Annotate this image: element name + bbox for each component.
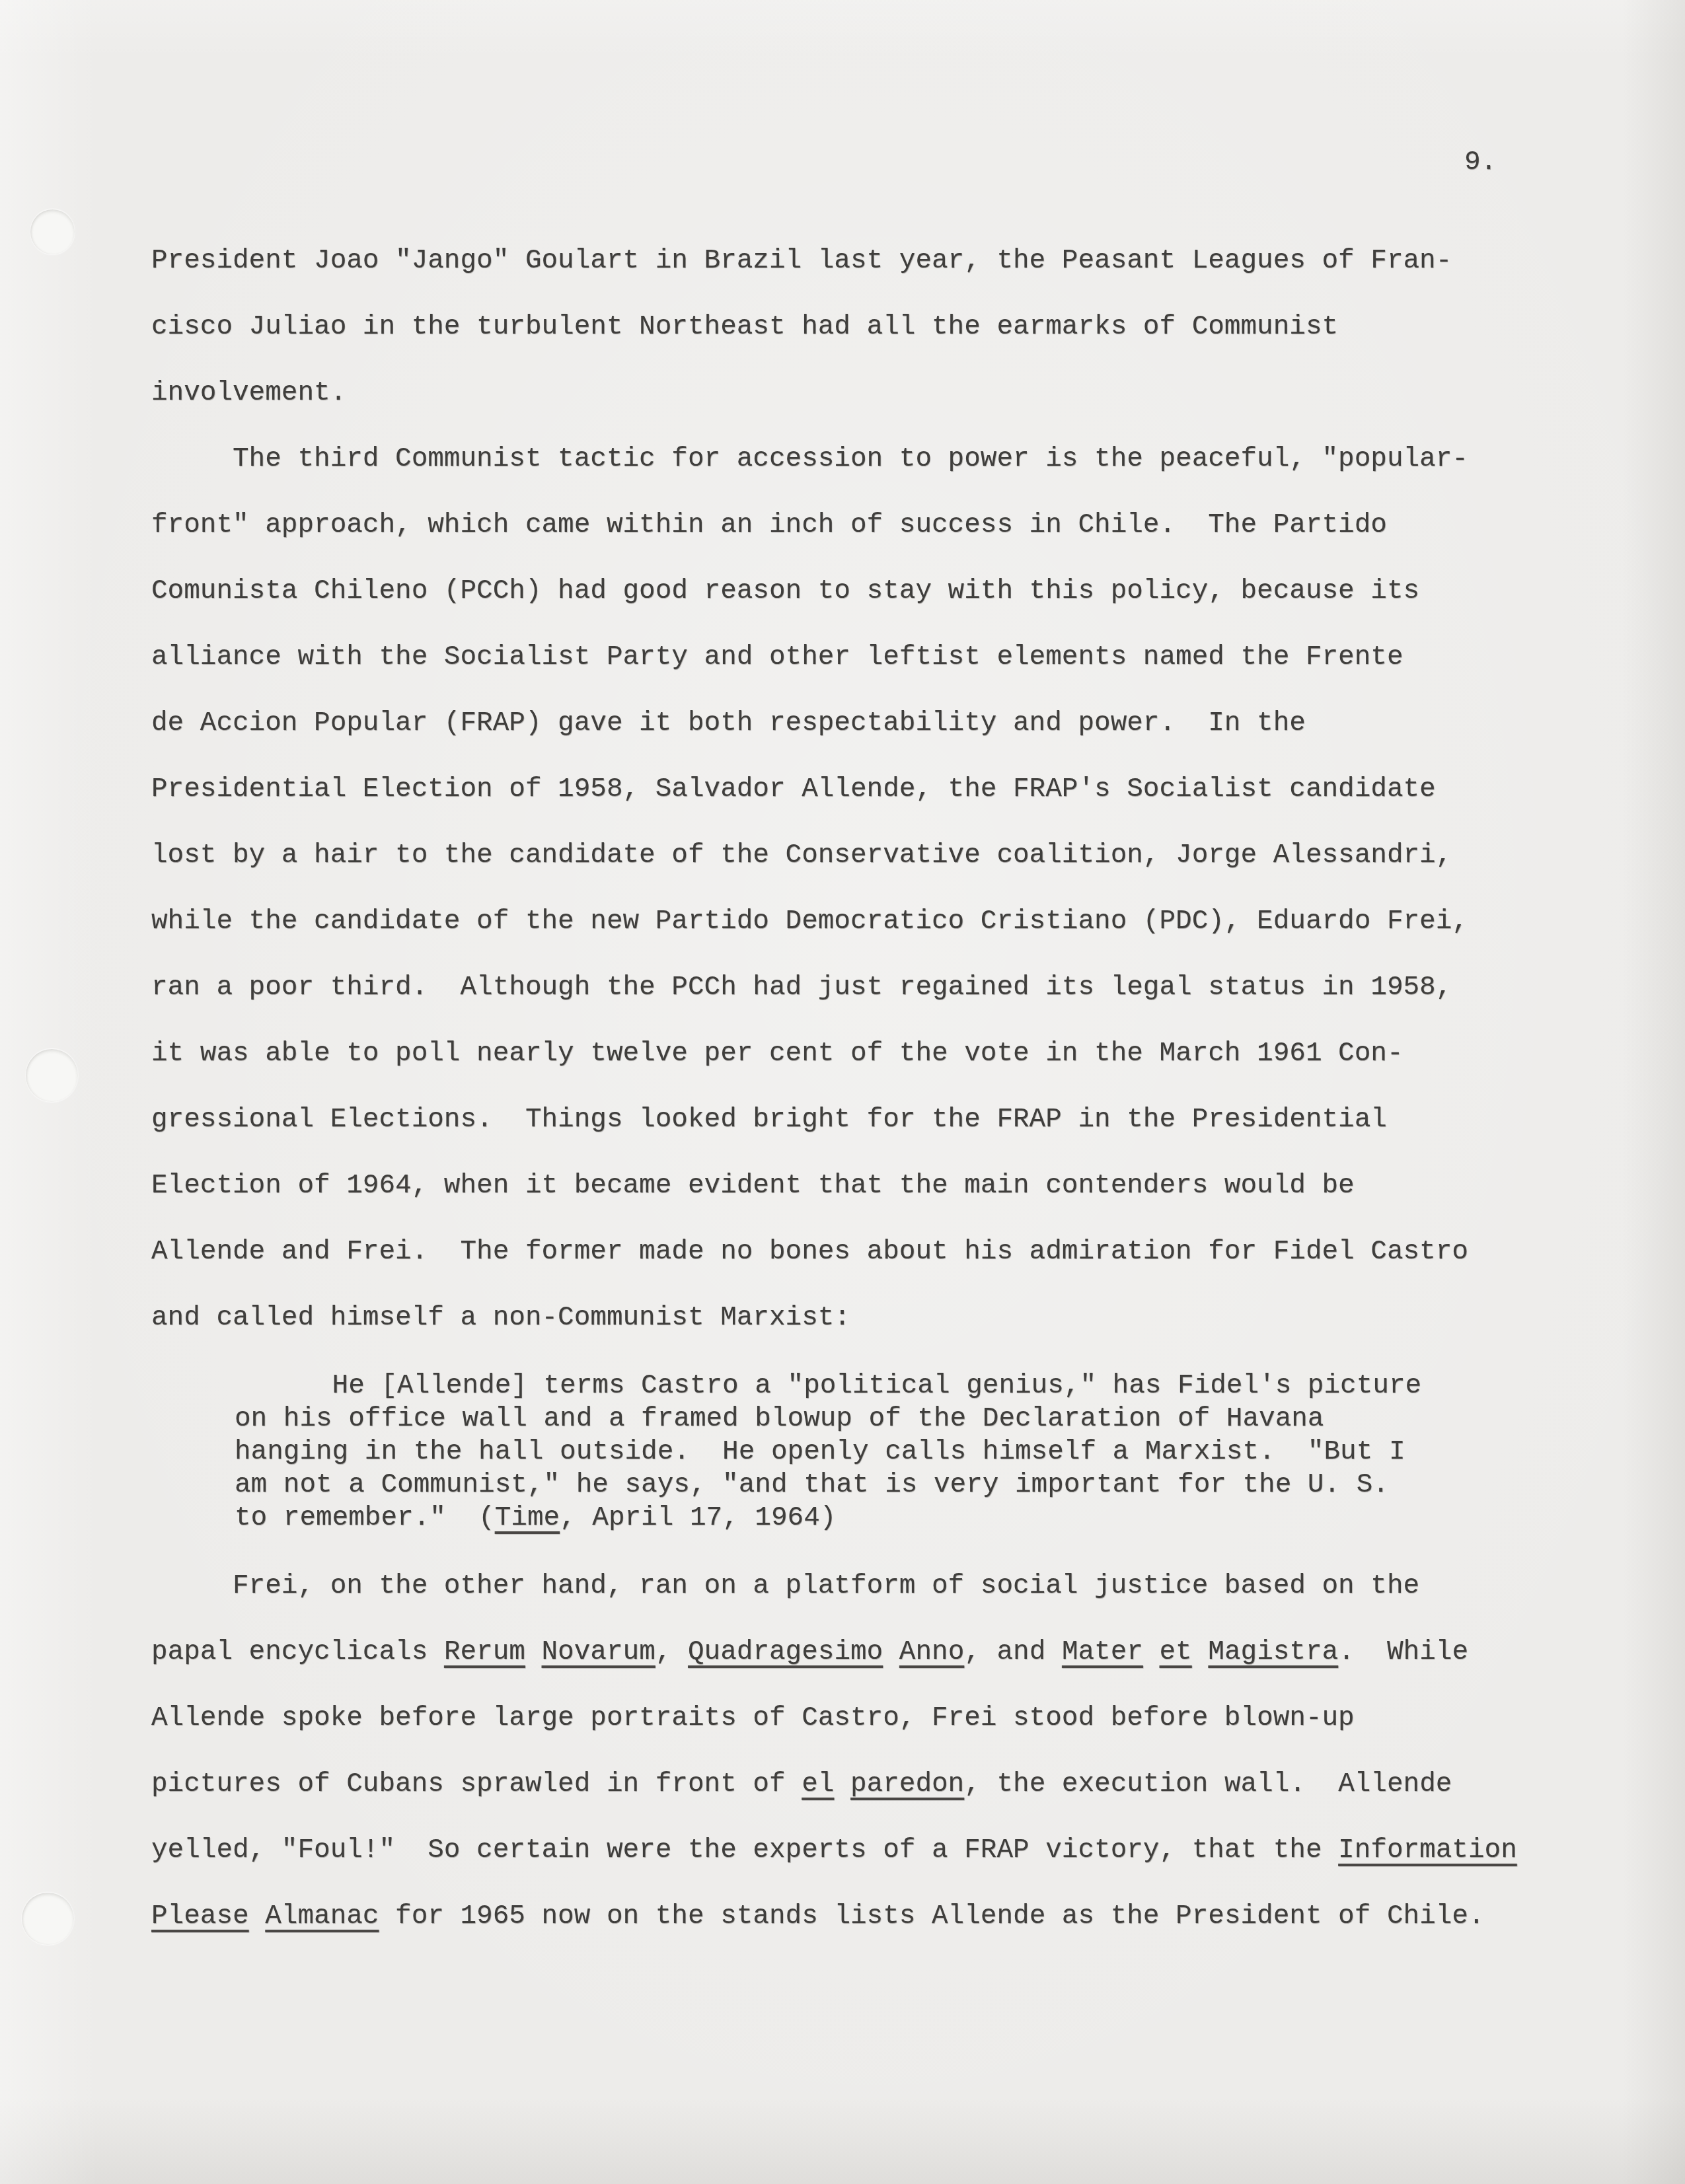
text-segment: Allende and Frei. The former made no bon… — [151, 1237, 1468, 1267]
page-number: 9. — [1464, 147, 1497, 178]
underlined-title: Novarum — [542, 1637, 655, 1667]
underlined-title: Magistra — [1208, 1637, 1338, 1667]
text-segment — [834, 1769, 850, 1800]
text-line: papal encyclicals Rerum Novarum, Quadrag… — [151, 1619, 1517, 1685]
block-quote: He [Allende] terms Castro a "political g… — [235, 1369, 1421, 1535]
text-line: while the candidate of the new Partido D… — [151, 889, 1468, 955]
hole-punch — [26, 1049, 78, 1102]
text-line: cisco Juliao in the turbulent Northeast … — [151, 294, 1468, 360]
text-segment: He [Allende] terms Castro a "political g… — [235, 1371, 1421, 1401]
document-page: 9. President Joao "Jango" Goulart in Bra… — [0, 0, 1685, 2184]
text-segment: on his office wall and a framed blowup o… — [235, 1404, 1324, 1434]
text-segment: President Joao "Jango" Goulart in Brazil… — [151, 246, 1452, 276]
underlined-title: Rerum — [444, 1637, 525, 1667]
text-segment: Election of 1964, when it became evident… — [151, 1171, 1355, 1201]
text-line: Presidential Election of 1958, Salvador … — [151, 756, 1468, 822]
hole-punch — [22, 1893, 74, 1945]
text-segment: lost by a hair to the candidate of the C… — [151, 840, 1452, 871]
text-segment: pictures of Cubans sprawled in front of — [151, 1769, 802, 1800]
text-line: Allende spoke before large portraits of … — [151, 1685, 1517, 1751]
text-segment: alliance with the Socialist Party and ot… — [151, 642, 1404, 673]
text-line: to remember." (Time, April 17, 1964) — [235, 1502, 1421, 1535]
text-segment: gressional Elections. Things looked brig… — [151, 1105, 1387, 1135]
text-segment: while the candidate of the new Partido D… — [151, 906, 1468, 937]
text-segment: , and — [964, 1637, 1062, 1667]
text-line: involvement. — [151, 360, 1468, 426]
underlined-title: Anno — [899, 1637, 964, 1667]
text-line: Election of 1964, when it became evident… — [151, 1153, 1468, 1219]
text-segment: for 1965 now on the stands lists Allende… — [379, 1901, 1484, 1932]
text-segment: , the execution wall. Allende — [964, 1769, 1452, 1800]
underlined-title: Information — [1338, 1835, 1517, 1866]
text-segment: papal encyclicals — [151, 1637, 444, 1667]
underlined-title: Quadragesimo — [688, 1637, 883, 1667]
text-line: President Joao "Jango" Goulart in Brazil… — [151, 228, 1468, 294]
text-segment: and called himself a non-Communist Marxi… — [151, 1303, 850, 1333]
text-segment: hanging in the hall outside. He openly c… — [235, 1437, 1405, 1467]
text-line: Comunista Chileno (PCCh) had good reason… — [151, 558, 1468, 624]
text-segment: to remember." ( — [235, 1503, 495, 1533]
text-line: yelled, "Foul!" So certain were the expe… — [151, 1817, 1517, 1883]
text-segment: yelled, "Foul!" So certain were the expe… — [151, 1835, 1338, 1866]
text-line: and called himself a non-Communist Marxi… — [151, 1285, 1468, 1351]
text-segment: front" approach, which came within an in… — [151, 510, 1387, 540]
text-segment — [883, 1637, 899, 1667]
text-line: it was able to poll nearly twelve per ce… — [151, 1021, 1468, 1087]
text-line: Allende and Frei. The former made no bon… — [151, 1219, 1468, 1285]
text-line: He [Allende] terms Castro a "political g… — [235, 1369, 1421, 1402]
text-line: ran a poor third. Although the PCCh had … — [151, 955, 1468, 1021]
paragraph-body-lower: Frei, on the other hand, ran on a platfo… — [151, 1553, 1517, 1949]
text-segment: am not a Communist," he says, "and that … — [235, 1470, 1389, 1500]
underlined-title: et — [1160, 1637, 1192, 1667]
text-segment: Comunista Chileno (PCCh) had good reason… — [151, 576, 1419, 606]
hole-punch — [30, 209, 75, 254]
underlined-title: paredon — [850, 1769, 964, 1800]
underlined-title: Time — [495, 1503, 560, 1533]
text-line: hanging in the hall outside. He openly c… — [235, 1436, 1421, 1469]
text-segment — [1143, 1637, 1160, 1667]
text-segment: Presidential Election of 1958, Salvador … — [151, 774, 1436, 805]
text-segment: , April 17, 1964) — [560, 1503, 836, 1533]
underlined-title: Mater — [1062, 1637, 1143, 1667]
text-segment — [249, 1901, 266, 1932]
text-segment: . While — [1338, 1637, 1468, 1667]
text-line: The third Communist tactic for accession… — [151, 426, 1468, 492]
text-line: front" approach, which came within an in… — [151, 492, 1468, 558]
underlined-title: el — [802, 1769, 834, 1800]
text-segment: Frei, on the other hand, ran on a platfo… — [151, 1571, 1419, 1601]
text-segment: involvement. — [151, 378, 346, 408]
text-segment: cisco Juliao in the turbulent Northeast … — [151, 312, 1338, 342]
text-segment: Allende spoke before large portraits of … — [151, 1703, 1355, 1733]
text-segment — [525, 1637, 542, 1667]
underlined-title: Please — [151, 1901, 249, 1932]
paragraph-body-upper: President Joao "Jango" Goulart in Brazil… — [151, 228, 1468, 1351]
text-line: on his office wall and a framed blowup o… — [235, 1402, 1421, 1436]
underlined-title: Almanac — [265, 1901, 379, 1932]
text-segment: de Accion Popular (FRAP) gave it both re… — [151, 708, 1306, 739]
text-line: Please Almanac for 1965 now on the stand… — [151, 1883, 1517, 1949]
text-line: alliance with the Socialist Party and ot… — [151, 624, 1468, 690]
text-segment: it was able to poll nearly twelve per ce… — [151, 1038, 1404, 1069]
text-line: am not a Communist," he says, "and that … — [235, 1469, 1421, 1502]
text-line: gressional Elections. Things looked brig… — [151, 1087, 1468, 1153]
text-segment: , — [655, 1637, 688, 1667]
text-line: lost by a hair to the candidate of the C… — [151, 822, 1468, 889]
text-segment: The third Communist tactic for accession… — [151, 444, 1468, 474]
text-line: Frei, on the other hand, ran on a platfo… — [151, 1553, 1517, 1619]
text-segment: ran a poor third. Although the PCCh had … — [151, 972, 1452, 1003]
text-line: pictures of Cubans sprawled in front of … — [151, 1751, 1517, 1817]
text-line: de Accion Popular (FRAP) gave it both re… — [151, 690, 1468, 756]
text-segment — [1192, 1637, 1209, 1667]
